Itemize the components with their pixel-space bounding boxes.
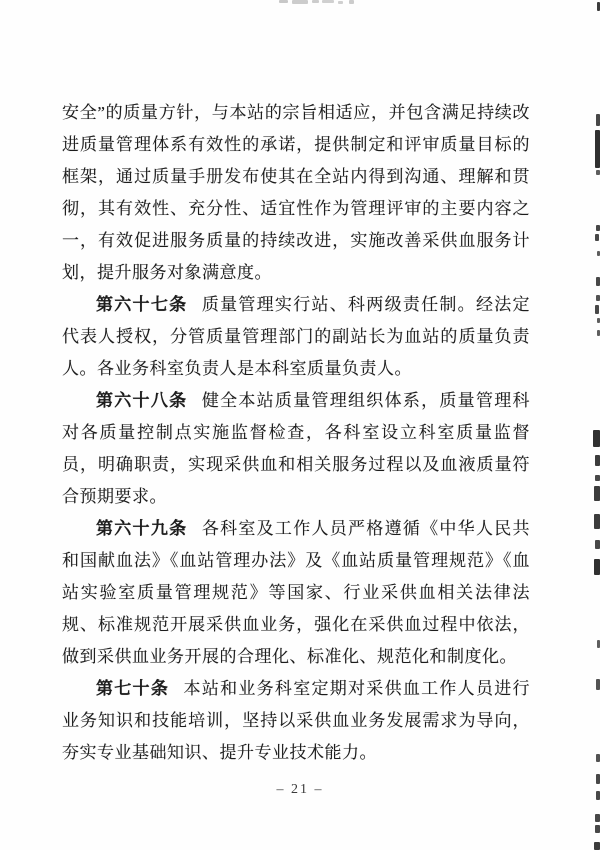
paragraph-text: 各科室及工作人员严格遵循《中华人民共和国献血法》《血站管理办法》及《血站质量管理… bbox=[62, 519, 530, 666]
scan-artifact-mark bbox=[595, 540, 600, 549]
article-68-paragraph: 第六十八条健全本站质量管理组织体系，质量管理科对各质量控制点实施监督检查，各科室… bbox=[62, 385, 530, 513]
article-67-paragraph: 第六十七条质量管理实行站、科两级责任制。经法定代表人授权，分管质量管理部门的副站… bbox=[62, 289, 530, 385]
scanned-document-page: 安全”的质量方针，与本站的宗旨相适应，并包含满足持续改进质量管理体系有效性的承诺… bbox=[0, 0, 600, 850]
document-body: 安全”的质量方针，与本站的宗旨相适应，并包含满足持续改进质量管理体系有效性的承诺… bbox=[62, 97, 530, 769]
scan-artifact-mark bbox=[596, 114, 600, 126]
scan-artifact-mark bbox=[596, 791, 600, 800]
scan-artifact-mark bbox=[596, 295, 600, 301]
scan-artifact-mark bbox=[595, 130, 600, 168]
article-number-heading: 第七十条 bbox=[96, 679, 169, 698]
scan-artifact-mark bbox=[594, 486, 600, 501]
scan-artifact-mark bbox=[596, 170, 600, 175]
article-70-paragraph: 第七十条本站和业务科室定期对采供血工作人员进行业务知识和技能培训，坚持以采供血业… bbox=[62, 673, 530, 769]
scan-artifact-mark bbox=[349, 0, 354, 4]
article-number-heading: 第六十八条 bbox=[96, 391, 187, 410]
scan-artifact-mark bbox=[593, 430, 600, 447]
scan-artifact-mark bbox=[596, 277, 600, 286]
scan-artifact-mark bbox=[594, 514, 600, 529]
article-number-heading: 第六十九条 bbox=[96, 519, 187, 538]
scan-artifact-mark bbox=[595, 814, 600, 822]
page-number: – 21 – bbox=[0, 782, 600, 798]
article-number-heading: 第六十七条 bbox=[96, 295, 187, 314]
scan-artifact-mark bbox=[595, 234, 599, 241]
scan-artifact-mark bbox=[322, 0, 334, 3]
scan-artifact-mark bbox=[279, 0, 288, 3]
scan-artifact-mark bbox=[338, 1, 343, 4]
paragraph-text: 安全”的质量方针，与本站的宗旨相适应，并包含满足持续改进质量管理体系有效性的承诺… bbox=[62, 103, 530, 282]
scan-artifact-mark bbox=[596, 679, 600, 690]
scan-artifact-mark bbox=[595, 305, 599, 314]
scan-artifact-mark bbox=[594, 842, 600, 850]
scan-artifact-mark bbox=[312, 0, 319, 3]
scan-artifact-mark bbox=[292, 0, 308, 4]
scan-artifact-mark bbox=[596, 225, 600, 231]
scan-artifact-mark bbox=[594, 559, 600, 575]
scan-artifact-mark bbox=[596, 774, 600, 784]
scan-artifact-mark bbox=[596, 754, 600, 762]
continuation-paragraph: 安全”的质量方针，与本站的宗旨相适应，并包含满足持续改进质量管理体系有效性的承诺… bbox=[62, 97, 530, 289]
article-69-paragraph: 第六十九条各科室及工作人员严格遵循《中华人民共和国献血法》《血站管理办法》及《血… bbox=[62, 513, 530, 673]
scan-artifact-mark bbox=[595, 455, 600, 466]
scan-artifact-mark bbox=[595, 825, 600, 833]
scan-artifact-mark bbox=[595, 475, 600, 481]
